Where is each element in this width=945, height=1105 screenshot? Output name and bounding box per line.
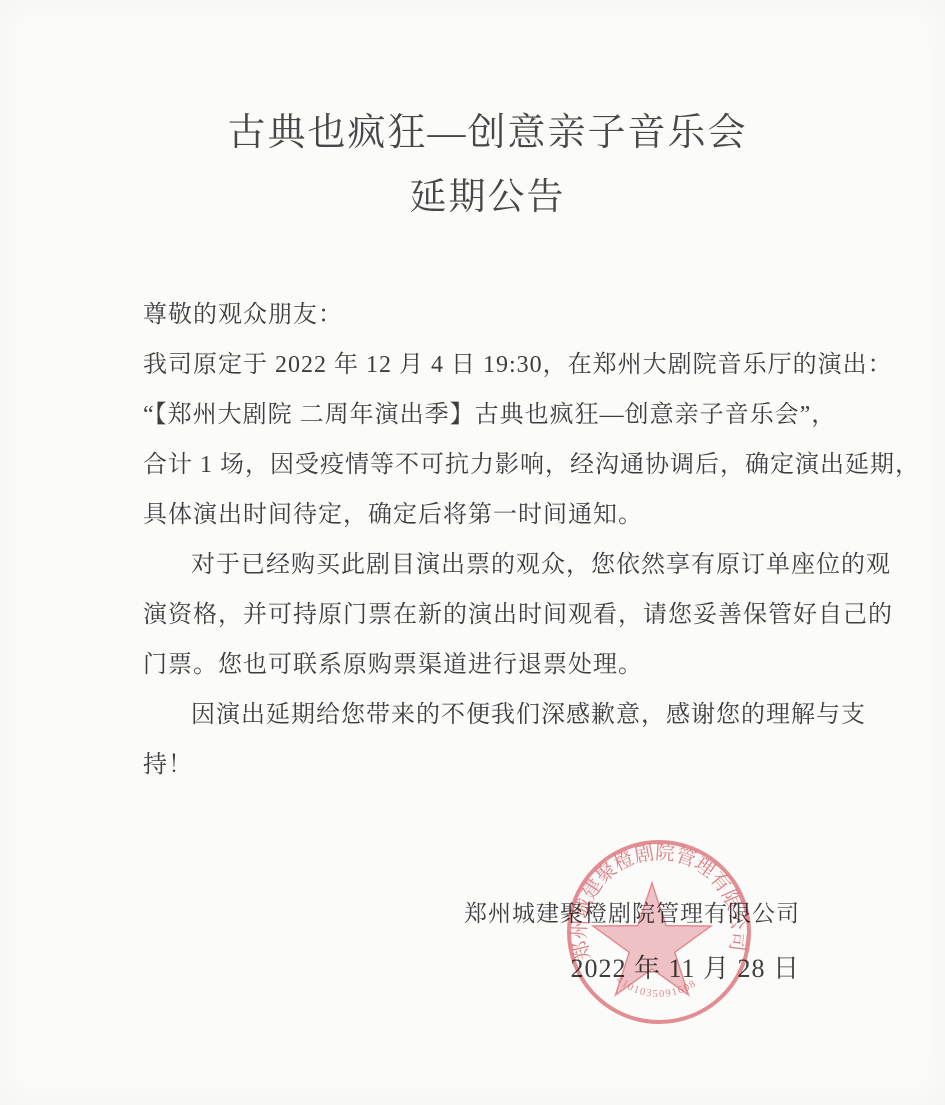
title-line-1: 古典也疯狂—创意亲子音乐会 (130, 110, 845, 156)
signature-company-name: 郑州城建聚橙剧院管理有限公司 (464, 899, 800, 929)
body-line: 对于已经购买此剧目演出票的观众，您依然享有原订单座位的观 (143, 540, 843, 590)
body-line: 合计 1 场，因受疫情等不可抗力影响，经沟通协调后，确定演出延期， (143, 440, 843, 490)
body-line: 具体演出时间待定，确定后将第一时间通知。 (143, 490, 843, 540)
title-line-2: 延期公告 (130, 176, 845, 220)
body-line: “【郑州大剧院 二周年演出季】古典也疯狂—创意亲子音乐会”， (143, 390, 843, 440)
body-line: 持！ (143, 740, 843, 790)
announcement-document: 古典也疯狂—创意亲子音乐会 延期公告 尊敬的观众朋友： 我司原定于 2022 年… (0, 0, 945, 1105)
body-line: 我司原定于 2022 年 12 月 4 日 19:30，在郑州大剧院音乐厅的演出… (143, 340, 843, 390)
signature-block: 郑州城建聚橙剧院管理有限公司 2022 年 11 月 28 日 (464, 899, 800, 985)
document-body: 尊敬的观众朋友： 我司原定于 2022 年 12 月 4 日 19:30，在郑州… (143, 290, 843, 790)
body-line: 因演出延期给您带来的不便我们深感歉意，感谢您的理解与支 (143, 690, 843, 740)
body-line: 演资格，并可持原门票在新的演出时间观看，请您妥善保管好自己的 (143, 590, 843, 640)
signature-date: 2022 年 11 月 28 日 (464, 953, 800, 985)
body-line-salutation: 尊敬的观众朋友： (143, 290, 843, 340)
body-line: 门票。您也可联系原购票渠道进行退票处理。 (143, 640, 843, 690)
document-title: 古典也疯狂—创意亲子音乐会 延期公告 (130, 110, 845, 220)
